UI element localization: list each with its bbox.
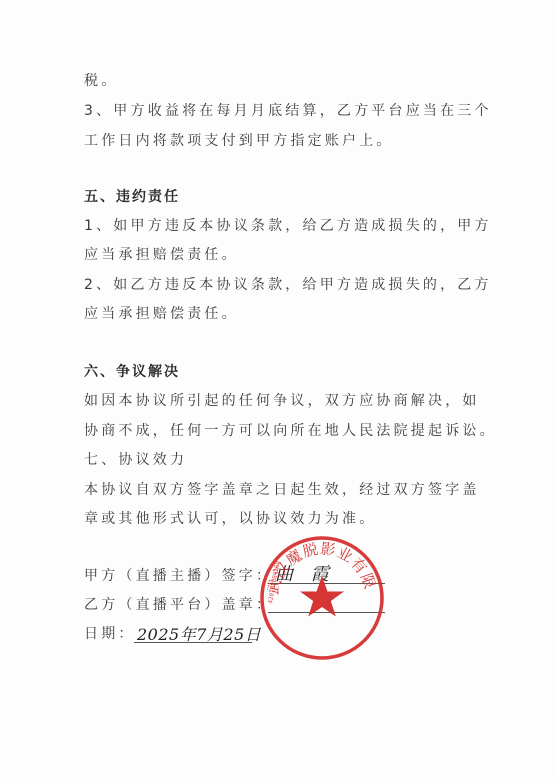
section7-line2: 章或其他形式认可，以协议效力为准。 [84, 510, 376, 528]
section5-item1-line2: 应当承担赔偿责任。 [84, 246, 239, 264]
section6-line1: 如因本协议所引起的任何争议，双方应协商解决，如 [84, 392, 480, 410]
section6-line2: 协商不成，任何一方可以向所在地人民法院提起诉讼。 [84, 422, 497, 440]
section7-line1: 本协议自双方签字盖章之日起生效，经过双方签字盖 [84, 481, 480, 499]
seal-icon: 武汉魔脱影业有限公司 420102089160 [258, 534, 386, 662]
section4-tail-text: 税。 [84, 72, 118, 90]
date-handwritten: 2025年7月25日 [137, 622, 261, 645]
party-b-seal-label: 乙方（直播平台）盖章： [84, 596, 273, 614]
section4-item3-line1: 3、甲方收益将在每月月底结算，乙方平台应当在三个 [84, 102, 492, 120]
company-seal-stamp: 武汉魔脱影业有限公司 420102089160 [258, 534, 386, 662]
section7-heading: 七、协议效力 [84, 451, 187, 469]
section4-item3-line2: 工作日内将款项支付到甲方指定账户上。 [84, 132, 394, 150]
party-a-signature-label: 甲方（直播主播）签字： [84, 567, 273, 585]
section5-heading: 五、违约责任 [84, 188, 180, 206]
section6-heading: 六、争议解决 [84, 363, 180, 381]
section5-item1-line1: 1、如甲方违反本协议条款，给乙方造成损失的，甲方 [84, 217, 492, 235]
date-label: 日期： [84, 625, 136, 643]
section5-item2-line1: 2、如乙方违反本协议条款，给甲方造成损失的，乙方 [84, 276, 492, 294]
section5-item2-line2: 应当承担赔偿责任。 [84, 305, 239, 323]
